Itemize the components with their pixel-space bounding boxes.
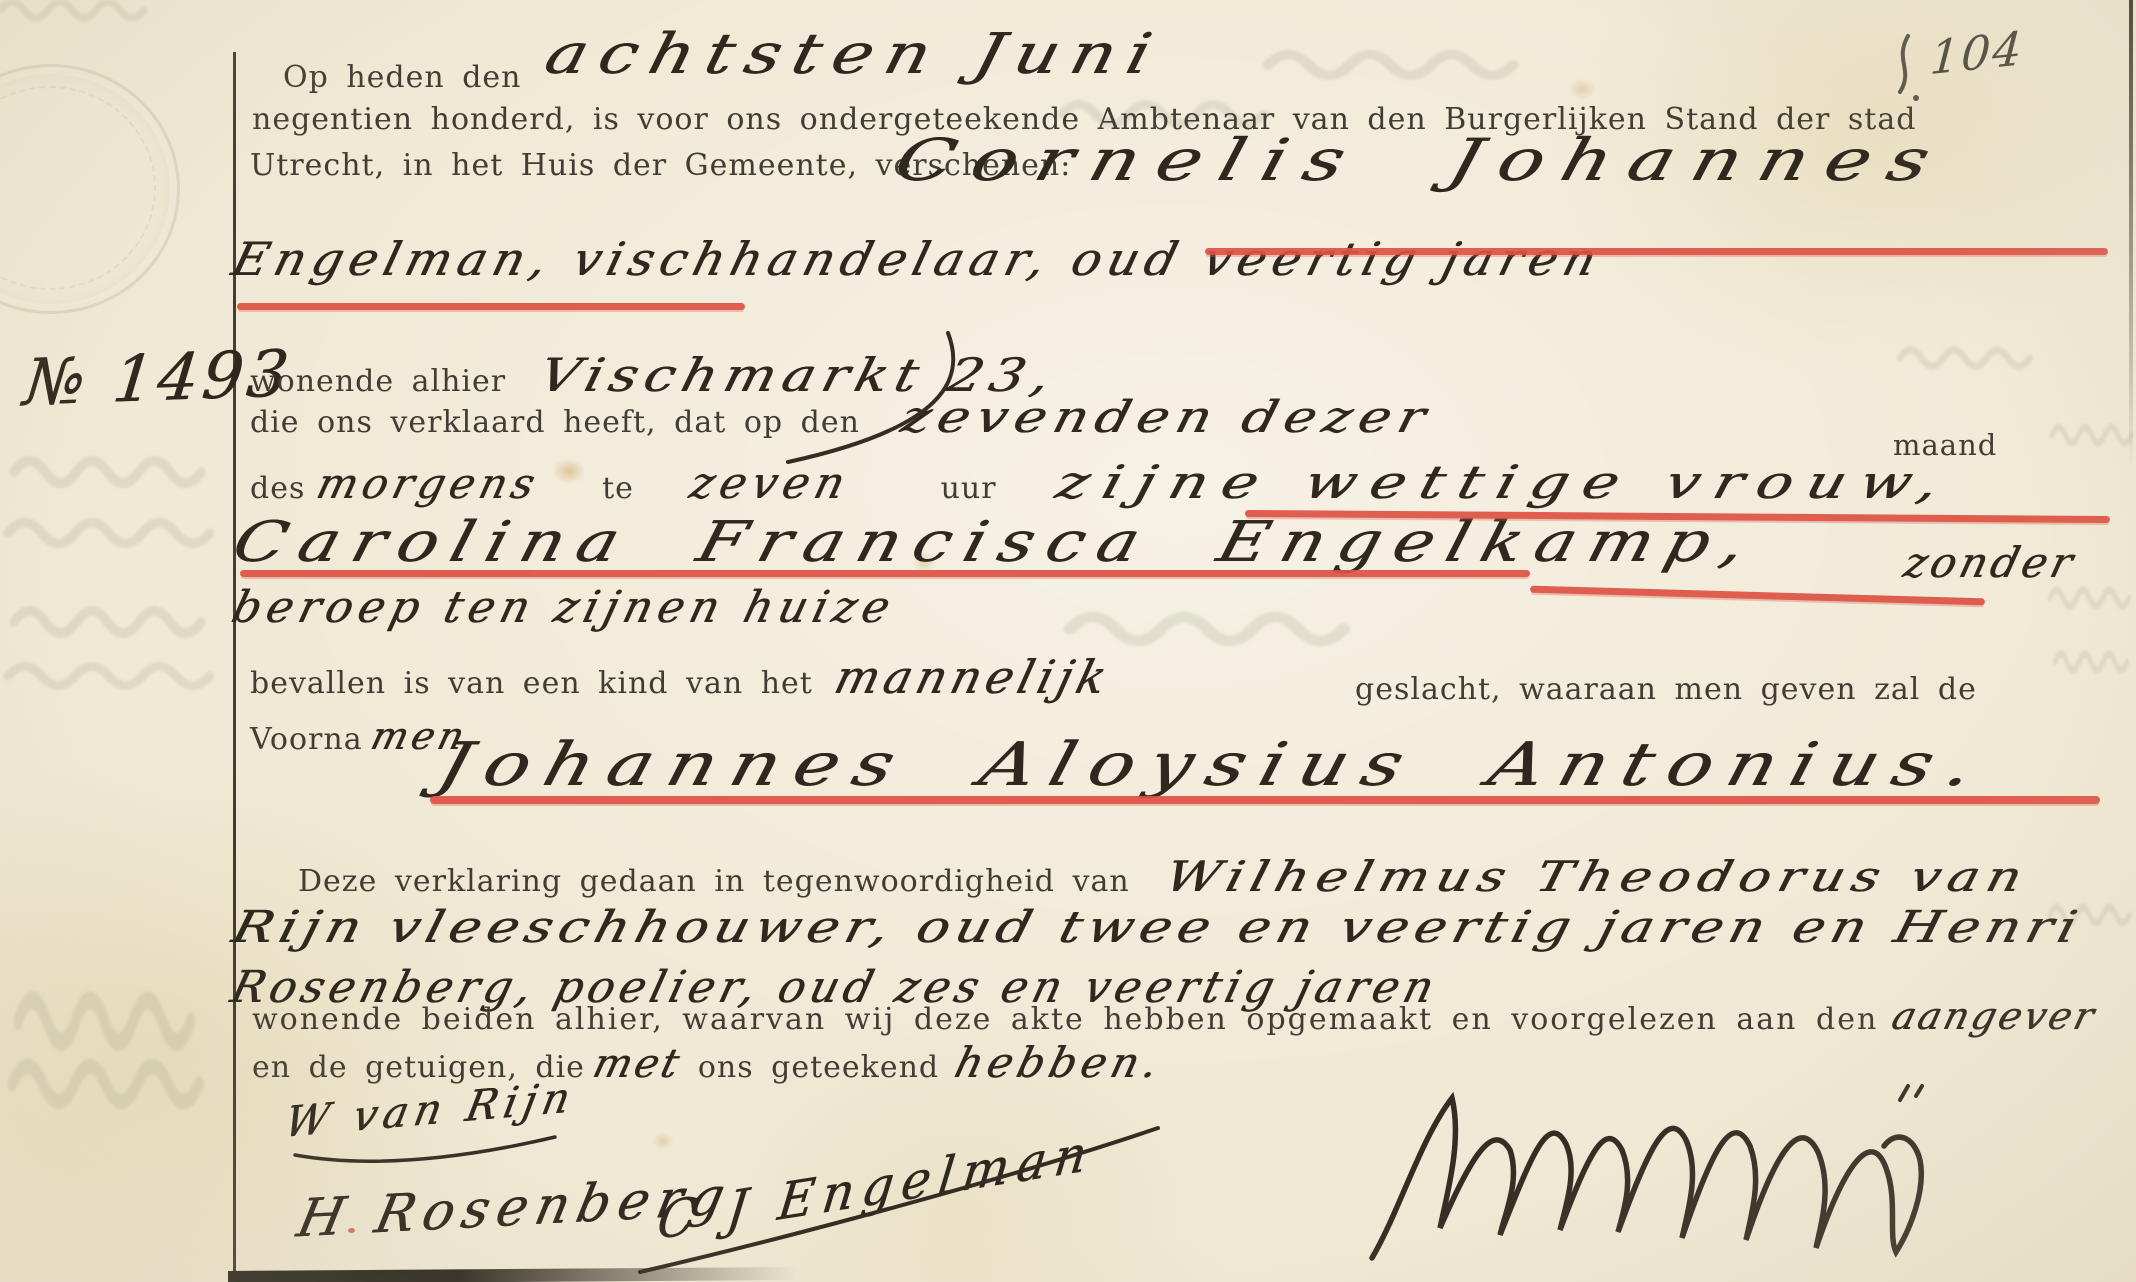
time-and-mother-line: des morgens te zeven uur zijne wettige v… [250, 455, 1744, 509]
mother-details-hand: beroep ten zijnen huize [227, 582, 901, 633]
page-right-edge [2129, 0, 2133, 470]
printed-ons-geteekend: ons geteekend [698, 1050, 939, 1085]
child-names-hand: Johannes Aloysius Antonius. [430, 730, 1995, 800]
mother-intro-hand: zijne wettige vrouw, [1050, 455, 1959, 509]
pencil-flourish-icon [1900, 36, 1908, 92]
underline-carolina [240, 570, 1530, 577]
printed-uur: uur [941, 471, 997, 506]
registrar-signature [1372, 1098, 1921, 1258]
signature-engelman: C J Engelman [654, 1122, 1098, 1251]
birth-certificate-scan: № 1493 104 Op heden den achtsten Juni ne… [0, 0, 2136, 1282]
witness1-name-hand: Wilhelmus Theodorus van [1160, 852, 2034, 901]
birth-gender-line: bevallen is van een kind van het manneli… [250, 650, 1110, 704]
declarant-name-hand: Cornelis Johannes [888, 126, 1955, 194]
printed-deze-verklaring: Deze verklaring gedaan in tegenwoordighe… [298, 864, 1130, 899]
handwritten-date: achtsten Juni [539, 22, 1170, 87]
underline-engelman [237, 303, 745, 310]
underline-child-names [430, 796, 2100, 804]
hebben-hand: hebben. [950, 1038, 1168, 1087]
declarant-details-hand: Engelman, vischhandelaar, oud veertig ja… [227, 232, 1608, 286]
printed-date-lead: Op heden den [283, 60, 522, 95]
underline-cornelis-johannes [1205, 248, 2108, 255]
signed-line: en de getuigen, die met ons geteekend he… [252, 1038, 1162, 1087]
printed-bevallen: bevallen is van een kind van het [250, 666, 813, 701]
printed-voorna: Voorna [250, 722, 363, 757]
met-hand: met [588, 1041, 686, 1087]
mother-zonder-hand: zonder [1899, 538, 2082, 587]
closing-line: wonende beiden alhier, waarvan wij deze … [252, 994, 2096, 1038]
printed-declaration-lead: die ons verklaard heeft, dat op den [250, 405, 860, 440]
hour-hand: zeven [685, 458, 856, 509]
pencil-dot [1913, 95, 1919, 101]
margin-rule [233, 52, 236, 1282]
time-of-day-hand: morgens [312, 459, 545, 508]
printed-wonende-beiden: wonende beiden alhier, waarvan wij deze … [252, 1002, 1878, 1037]
mother-name-hand: Carolina Francisca Engelkamp, [226, 510, 1765, 575]
printed-des: des [250, 471, 305, 506]
printed-te: te [602, 471, 634, 506]
gender-hand: mannelijk [829, 650, 1117, 704]
witnesses-intro-line: Deze verklaring gedaan in tegenwoordighe… [298, 852, 1854, 901]
folio-number: 104 [1928, 21, 2025, 86]
witness1-details-hand: Rijn vleeschhouwer, oud twee en veertig … [227, 902, 2088, 953]
voornamen-label-line: Voorna men [250, 714, 467, 758]
birth-day-hand: zevenden dezer [896, 392, 1438, 443]
underline-engelkamp [1530, 586, 1985, 606]
fox-spot [1568, 78, 1596, 100]
fox-spot [652, 1132, 674, 1150]
printed-geslacht: geslacht, waaraan men geven zal de [1355, 672, 1977, 707]
scan-bottom-shadow [228, 1267, 798, 1282]
declaration-line: die ons verklaard heeft, dat op den zeve… [250, 392, 1334, 443]
aangever-hand: aangever [1888, 994, 2102, 1038]
registrar-signature-accent [1900, 1086, 1922, 1100]
